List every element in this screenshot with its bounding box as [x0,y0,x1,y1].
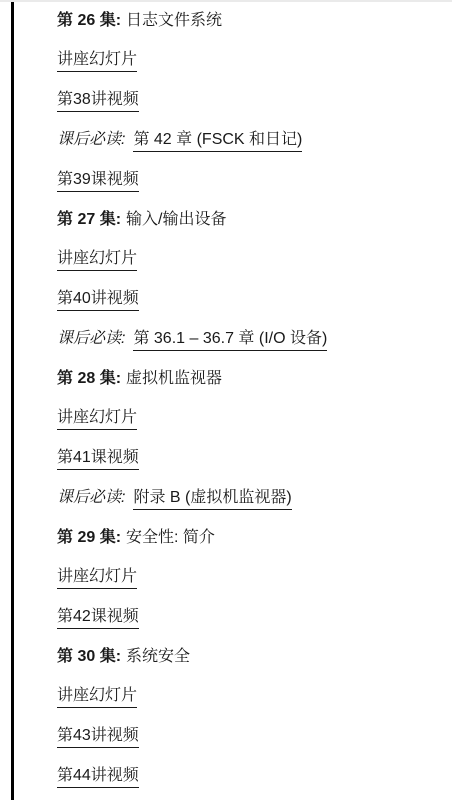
episode-number: 第 30 集: [57,648,121,665]
link-line: 第40讲视频 [57,288,438,311]
episode-title: 日志文件系统 [126,12,222,29]
required-reading-label: 课后必读: [57,330,125,347]
lecture-slides-link[interactable]: 讲座幻灯片 [57,567,137,589]
link-line: 第42课视频 [57,606,438,629]
lecture-video-link[interactable]: 第39课视频 [57,170,139,192]
lecture-slides-link[interactable]: 讲座幻灯片 [57,408,137,430]
left-border-rule [11,2,14,800]
link-line: 第41课视频 [57,447,438,470]
lecture-slides-link[interactable]: 讲座幻灯片 [57,50,137,72]
lecture-video-link[interactable]: 第38讲视频 [57,90,139,112]
link-line: 第43讲视频 [57,725,438,748]
episode-title: 输入/输出设备 [126,211,226,228]
episode-number: 第 27 集: [57,211,121,228]
link-line: 讲座幻灯片 [57,407,438,430]
episode-number: 第 26 集: [57,12,121,29]
reading-line: 课后必读:第 36.1 – 36.7 章 (I/O 设备) [57,328,438,351]
lecture-slides-link[interactable]: 讲座幻灯片 [57,686,137,708]
link-line: 第38讲视频 [57,89,438,112]
episode-number: 第 28 集: [57,370,121,387]
required-reading-label: 课后必读: [57,489,125,506]
reading-line: 课后必读:附录 B (虚拟机监视器) [57,487,438,510]
episode-header-29: 第 29 集:安全性: 简介 [57,527,438,549]
reading-line: 课后必读:第 42 章 (FSCK 和日记) [57,129,438,152]
lecture-video-link[interactable]: 第43讲视频 [57,726,139,748]
episode-header-30: 第 30 集:系统安全 [57,646,438,668]
episode-header-27: 第 27 集:输入/输出设备 [57,209,438,231]
link-line: 讲座幻灯片 [57,248,438,271]
episode-header-26: 第 26 集:日志文件系统 [57,10,438,32]
link-line: 讲座幻灯片 [57,685,438,708]
lecture-video-link[interactable]: 第42课视频 [57,607,139,629]
required-reading-label: 课后必读: [57,131,125,148]
required-reading-link[interactable]: 第 42 章 (FSCK 和日记) [133,130,302,152]
lecture-video-link[interactable]: 第41课视频 [57,448,139,470]
episode-title: 安全性: 简介 [126,529,215,546]
episode-title: 系统安全 [126,648,190,665]
lecture-video-link[interactable]: 第44讲视频 [57,766,139,788]
link-line: 讲座幻灯片 [57,566,438,589]
episode-header-28: 第 28 集:虚拟机监视器 [57,368,438,390]
course-episode-list-page: 第 26 集:日志文件系统 讲座幻灯片 第38讲视频 课后必读:第 42 章 (… [0,0,452,800]
episode-title: 虚拟机监视器 [126,370,222,387]
course-content: 第 26 集:日志文件系统 讲座幻灯片 第38讲视频 课后必读:第 42 章 (… [0,2,452,788]
link-line: 第44讲视频 [57,765,438,788]
episode-number: 第 29 集: [57,529,121,546]
required-reading-link[interactable]: 附录 B (虚拟机监视器) [133,488,291,510]
lecture-video-link[interactable]: 第40讲视频 [57,289,139,311]
link-line: 第39课视频 [57,169,438,192]
required-reading-link[interactable]: 第 36.1 – 36.7 章 (I/O 设备) [133,329,327,351]
link-line: 讲座幻灯片 [57,49,438,72]
lecture-slides-link[interactable]: 讲座幻灯片 [57,249,137,271]
